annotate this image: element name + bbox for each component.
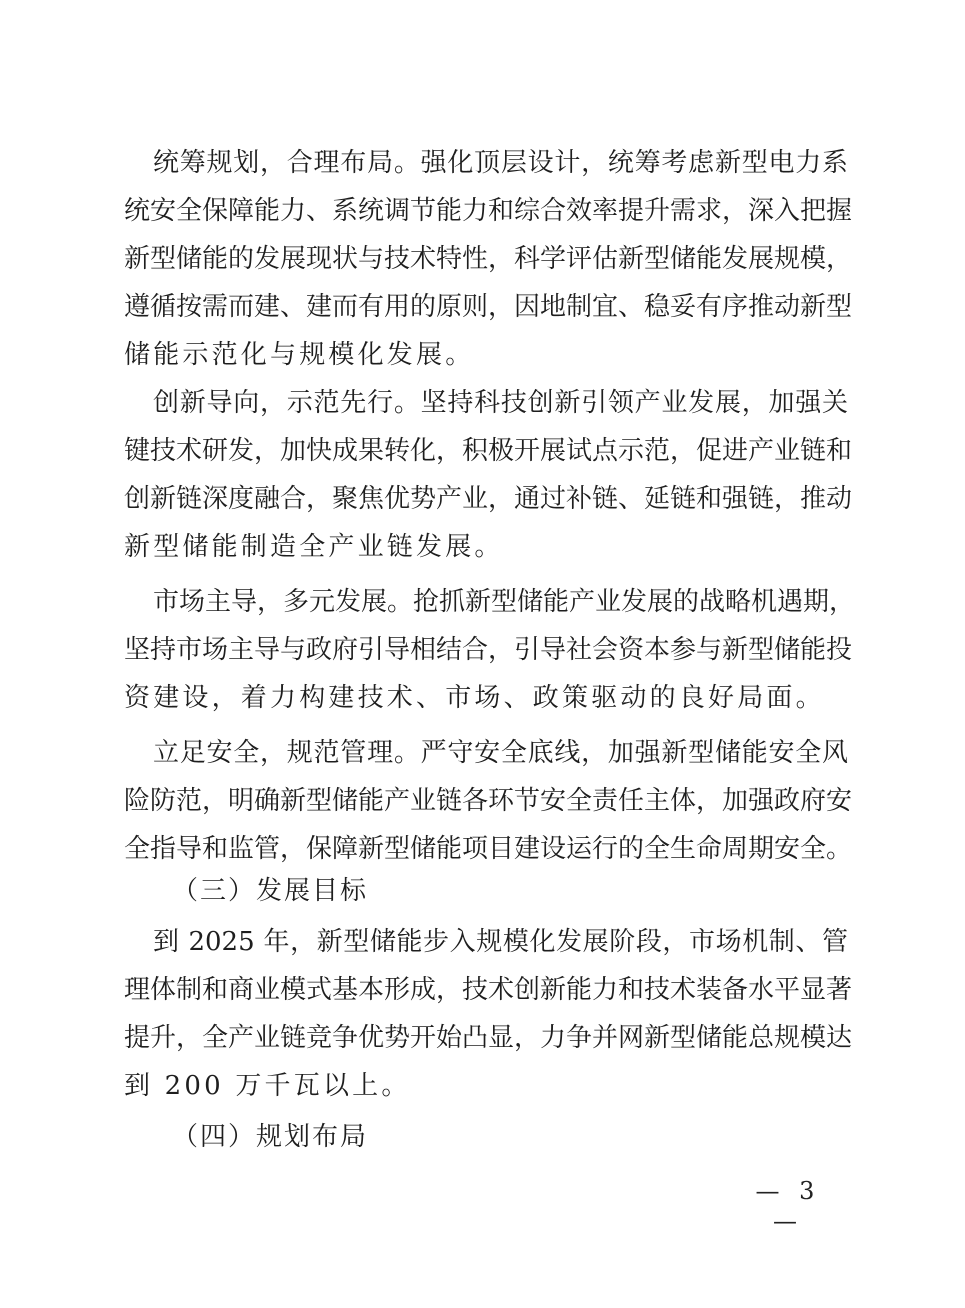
document-page: 统筹规划，合理布局。强化顶层设计，统筹考虑新型电力系 统安全保障能力、系统调节能… xyxy=(0,0,965,1308)
paragraph-heading-planning: 统筹规划，合理布局。 xyxy=(153,148,421,178)
goals-line-4: 到 200 万千瓦以上。 xyxy=(124,1066,848,1106)
paragraph-market-line-1: 市场主导，多元发展。抢抓新型储能产业发展的战略机遇期， xyxy=(153,582,848,622)
paragraph-text: 坚持科技创新引领产业发展，加强关 xyxy=(421,388,848,418)
paragraph-safety-line-2: 险防范，明确新型储能产业链各环节安全责任主体，加强政府安 xyxy=(124,781,848,821)
paragraph-planning-line-4: 遵循按需而建、建而有用的原则，因地制宜、稳妥有序推动新型 xyxy=(124,287,848,327)
paragraph-safety-line-3: 全指导和监管，保障新型储能项目建设运行的全生命周期安全。 xyxy=(124,829,848,869)
goals-line-3: 提升，全产业链竞争优势开始凸显，力争并网新型储能总规模达 xyxy=(124,1018,848,1058)
section-heading-planning-layout: （四）规划布局 xyxy=(172,1117,368,1157)
paragraph-innovation-line-1: 创新导向，示范先行。坚持科技创新引领产业发展，加强关 xyxy=(153,383,848,423)
paragraph-planning-line-3: 新型储能的发展现状与技术特性，科学评估新型储能发展规模， xyxy=(124,239,848,279)
paragraph-market-line-2: 坚持市场主导与政府引导相结合，引导社会资本参与新型储能投 xyxy=(124,630,848,670)
paragraph-market-line-3: 资建设，着力构建技术、市场、政策驱动的良好局面。 xyxy=(124,678,848,718)
paragraph-innovation-line-3: 创新链深度融合，聚焦优势产业，通过补链、延链和强链，推动 xyxy=(124,479,848,519)
paragraph-planning-line-1: 统筹规划，合理布局。强化顶层设计，统筹考虑新型电力系 xyxy=(153,143,848,183)
paragraph-safety-line-1: 立足安全，规范管理。严守安全底线，加强新型储能安全风 xyxy=(153,733,848,773)
paragraph-planning-line-2: 统安全保障能力、系统调节能力和综合效率提升需求，深入把握 xyxy=(124,191,848,231)
paragraph-innovation-line-2: 键技术研发，加快成果转化，积极开展试点示范，促进产业链和 xyxy=(124,431,848,471)
paragraph-text: 抢抓新型储能产业发展的战略机遇期， xyxy=(413,587,855,617)
paragraph-text: 严守安全底线，加强新型储能安全风 xyxy=(421,738,848,768)
paragraph-innovation-line-4: 新型储能制造全产业链发展。 xyxy=(124,527,848,567)
goals-line-2: 理体制和商业模式基本形成，技术创新能力和技术装备水平显著 xyxy=(124,970,848,1010)
paragraph-planning-line-5: 储能示范化与规模化发展。 xyxy=(124,335,848,375)
page-number: — 3 — xyxy=(748,1176,828,1206)
paragraph-heading-market: 市场主导，多元发展。 xyxy=(153,587,413,617)
paragraph-text: 强化顶层设计，统筹考虑新型电力系 xyxy=(421,148,848,178)
section-heading-development-goals: （三）发展目标 xyxy=(172,871,368,911)
paragraph-heading-innovation: 创新导向，示范先行。 xyxy=(153,388,421,418)
goals-line-1: 到 2025 年，新型储能步入规模化发展阶段，市场机制、管 xyxy=(153,922,848,962)
paragraph-heading-safety: 立足安全，规范管理。 xyxy=(153,738,421,768)
